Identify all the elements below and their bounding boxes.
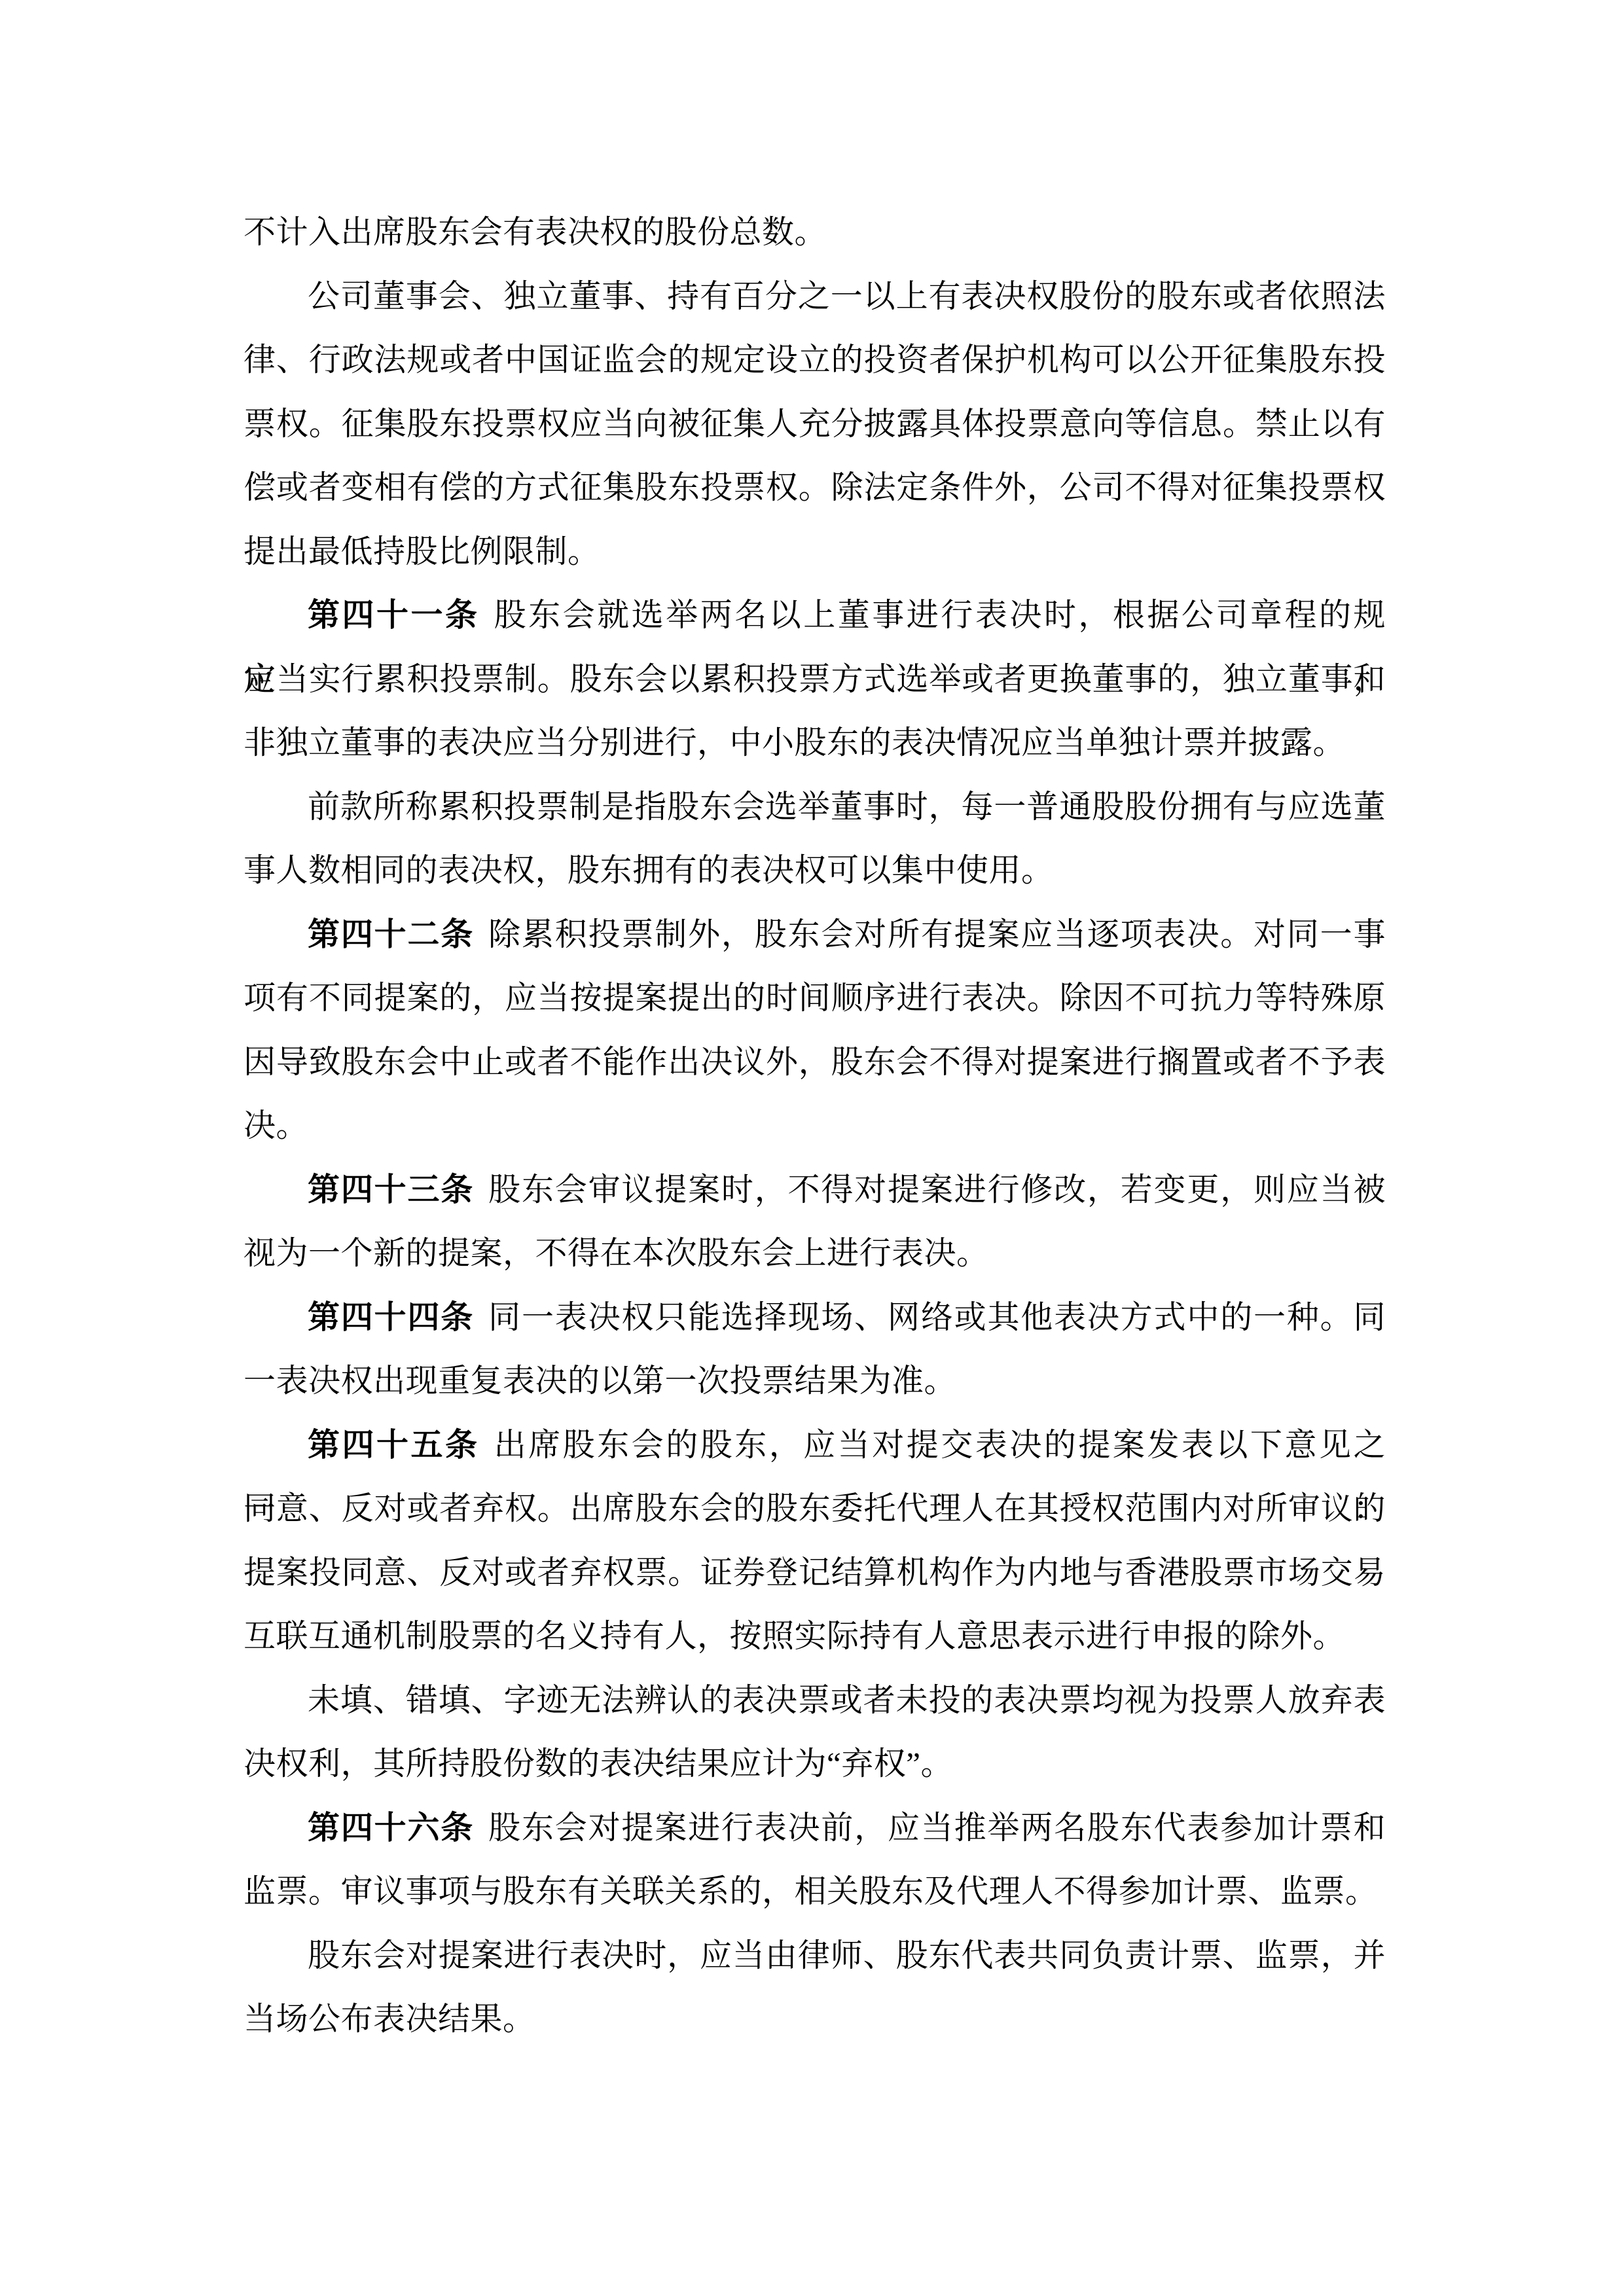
line-text: 事人数相同的表决权，股东拥有的表决权可以集中使用。: [244, 852, 1054, 888]
line-text: 决。: [244, 1107, 308, 1143]
text-line: 第四十二条除累积投票制外，股东会对所有提案应当逐项表决。对同一事: [244, 903, 1386, 967]
line-text: 提案投同意、反对或者弃权票。证券登记结算机构作为内地与香港股票市场交易: [244, 1554, 1386, 1590]
text-line: 提案投同意、反对或者弃权票。证券登记结算机构作为内地与香港股票市场交易: [244, 1541, 1386, 1605]
article-number: 第四十三条: [308, 1172, 488, 1208]
text-line: 未填、错填、字迹无法辨认的表决票或者未投的表决票均视为投票人放弃表: [244, 1668, 1386, 1732]
line-text: 股东会审议提案时，不得对提案进行修改，若变更，则应当被: [488, 1172, 1386, 1208]
text-line: 票权。征集股东投票权应当向被征集人充分披露具体投票意向等信息。禁止以有: [244, 392, 1386, 456]
line-text: 股东会对提案进行表决前，应当推举两名股东代表参加计票和: [488, 1810, 1386, 1846]
text-line: 一表决权出现重复表决的以第一次投票结果为准。: [244, 1349, 1386, 1413]
line-text: 项有不同提案的，应当按提案提出的时间顺序进行表决。除因不可抗力等特殊原: [244, 980, 1386, 1016]
line-text: 股东会对提案进行表决时，应当由律师、股东代表共同负责计票、监票，并: [308, 1937, 1386, 1973]
line-text: 一表决权出现重复表决的以第一次投票结果为准。: [244, 1363, 956, 1399]
line-text: 非独立董事的表决应当分别进行，中小股东的表决情况应当单独计票并披露。: [244, 725, 1345, 761]
text-line: 非独立董事的表决应当分别进行，中小股东的表决情况应当单独计票并披露。: [244, 711, 1386, 775]
text-line: 当场公布表决结果。: [244, 1987, 1386, 2051]
text-line: 项有不同提案的，应当按提案提出的时间顺序进行表决。除因不可抗力等特殊原: [244, 966, 1386, 1030]
line-text: 视为一个新的提案，不得在本次股东会上进行表决。: [244, 1235, 989, 1271]
text-line: 第四十六条股东会对提案进行表决前，应当推举两名股东代表参加计票和: [244, 1796, 1386, 1860]
text-line: 提出最低持股比例限制。: [244, 520, 1386, 584]
text-line: 应当实行累积投票制。股东会以累积投票方式选举或者更换董事的，独立董事和: [244, 647, 1386, 711]
line-text: 不计入出席股东会有表决权的股份总数。: [244, 214, 827, 250]
text-line: 互联互通机制股票的名义持有人，按照实际持有人意思表示进行申报的除外。: [244, 1604, 1386, 1668]
text-line: 视为一个新的提案，不得在本次股东会上进行表决。: [244, 1221, 1386, 1285]
line-text: 偿或者变相有偿的方式征集股东投票权。除法定条件外，公司不得对征集投票权: [244, 469, 1386, 505]
document-page: 不计入出席股东会有表决权的股份总数。公司董事会、独立董事、持有百分之一以上有表决…: [0, 0, 1624, 2296]
article-number: 第四十四条: [308, 1299, 488, 1335]
line-text: 同一表决权只能选择现场、网络或其他表决方式中的一种。同: [488, 1299, 1386, 1335]
article-number: 第四十二条: [308, 916, 488, 952]
line-text: 除累积投票制外，股东会对所有提案应当逐项表决。对同一事: [488, 916, 1386, 952]
document-body: 不计入出席股东会有表决权的股份总数。公司董事会、独立董事、持有百分之一以上有表决…: [244, 200, 1386, 2051]
line-text: 当场公布表决结果。: [244, 2001, 535, 2037]
line-text: 同意、反对或者弃权。出席股东会的股东委托代理人在其授权范围内对所审议的: [244, 1490, 1386, 1526]
line-text: 前款所称累积投票制是指股东会选举董事时，每一普通股股份拥有与应选董: [308, 789, 1386, 825]
text-line: 事人数相同的表决权，股东拥有的表决权可以集中使用。: [244, 838, 1386, 903]
line-text: 互联互通机制股票的名义持有人，按照实际持有人意思表示进行申报的除外。: [244, 1618, 1345, 1654]
line-text: 公司董事会、独立董事、持有百分之一以上有表决权股份的股东或者依照法: [308, 278, 1386, 314]
text-line: 第四十五条出席股东会的股东，应当对提交表决的提案发表以下意见之一：: [244, 1413, 1386, 1477]
text-line: 律、行政法规或者中国证监会的规定设立的投资者保护机构可以公开征集股东投: [244, 328, 1386, 392]
line-text: 监票。审议事项与股东有关联关系的，相关股东及代理人不得参加计票、监票。: [244, 1873, 1378, 1909]
article-number: 第四十一条: [308, 597, 494, 633]
text-line: 决权利，其所持股份数的表决结果应计为“弃权”。: [244, 1732, 1386, 1796]
line-text: 因导致股东会中止或者不能作出决议外，股东会不得对提案进行搁置或者不予表: [244, 1044, 1386, 1080]
line-text: 律、行政法规或者中国证监会的规定设立的投资者保护机构可以公开征集股东投: [244, 342, 1386, 378]
line-text: 提出最低持股比例限制。: [244, 533, 600, 569]
text-line: 不计入出席股东会有表决权的股份总数。: [244, 200, 1386, 264]
article-number: 第四十六条: [308, 1810, 488, 1846]
text-line: 第四十三条股东会审议提案时，不得对提案进行修改，若变更，则应当被: [244, 1158, 1386, 1222]
text-line: 偿或者变相有偿的方式征集股东投票权。除法定条件外，公司不得对征集投票权: [244, 456, 1386, 520]
line-text: 未填、错填、字迹无法辨认的表决票或者未投的表决票均视为投票人放弃表: [308, 1682, 1386, 1718]
line-text: 决权利，其所持股份数的表决结果应计为“弃权”。: [244, 1746, 953, 1782]
text-line: 监票。审议事项与股东有关联关系的，相关股东及代理人不得参加计票、监票。: [244, 1859, 1386, 1924]
text-line: 股东会对提案进行表决时，应当由律师、股东代表共同负责计票、监票，并: [244, 1924, 1386, 1988]
text-line: 第四十四条同一表决权只能选择现场、网络或其他表决方式中的一种。同: [244, 1285, 1386, 1350]
text-line: 第四十一条股东会就选举两名以上董事进行表决时，根据公司章程的规定，: [244, 583, 1386, 647]
article-number: 第四十五条: [308, 1427, 494, 1463]
text-line: 决。: [244, 1094, 1386, 1158]
text-line: 因导致股东会中止或者不能作出决议外，股东会不得对提案进行搁置或者不予表: [244, 1030, 1386, 1094]
text-line: 前款所称累积投票制是指股东会选举董事时，每一普通股股份拥有与应选董: [244, 775, 1386, 839]
text-line: 同意、反对或者弃权。出席股东会的股东委托代理人在其授权范围内对所审议的: [244, 1477, 1386, 1541]
line-text: 票权。征集股东投票权应当向被征集人充分披露具体投票意向等信息。禁止以有: [244, 406, 1386, 442]
line-text: 应当实行累积投票制。股东会以累积投票方式选举或者更换董事的，独立董事和: [244, 661, 1386, 697]
text-line: 公司董事会、独立董事、持有百分之一以上有表决权股份的股东或者依照法: [244, 264, 1386, 329]
